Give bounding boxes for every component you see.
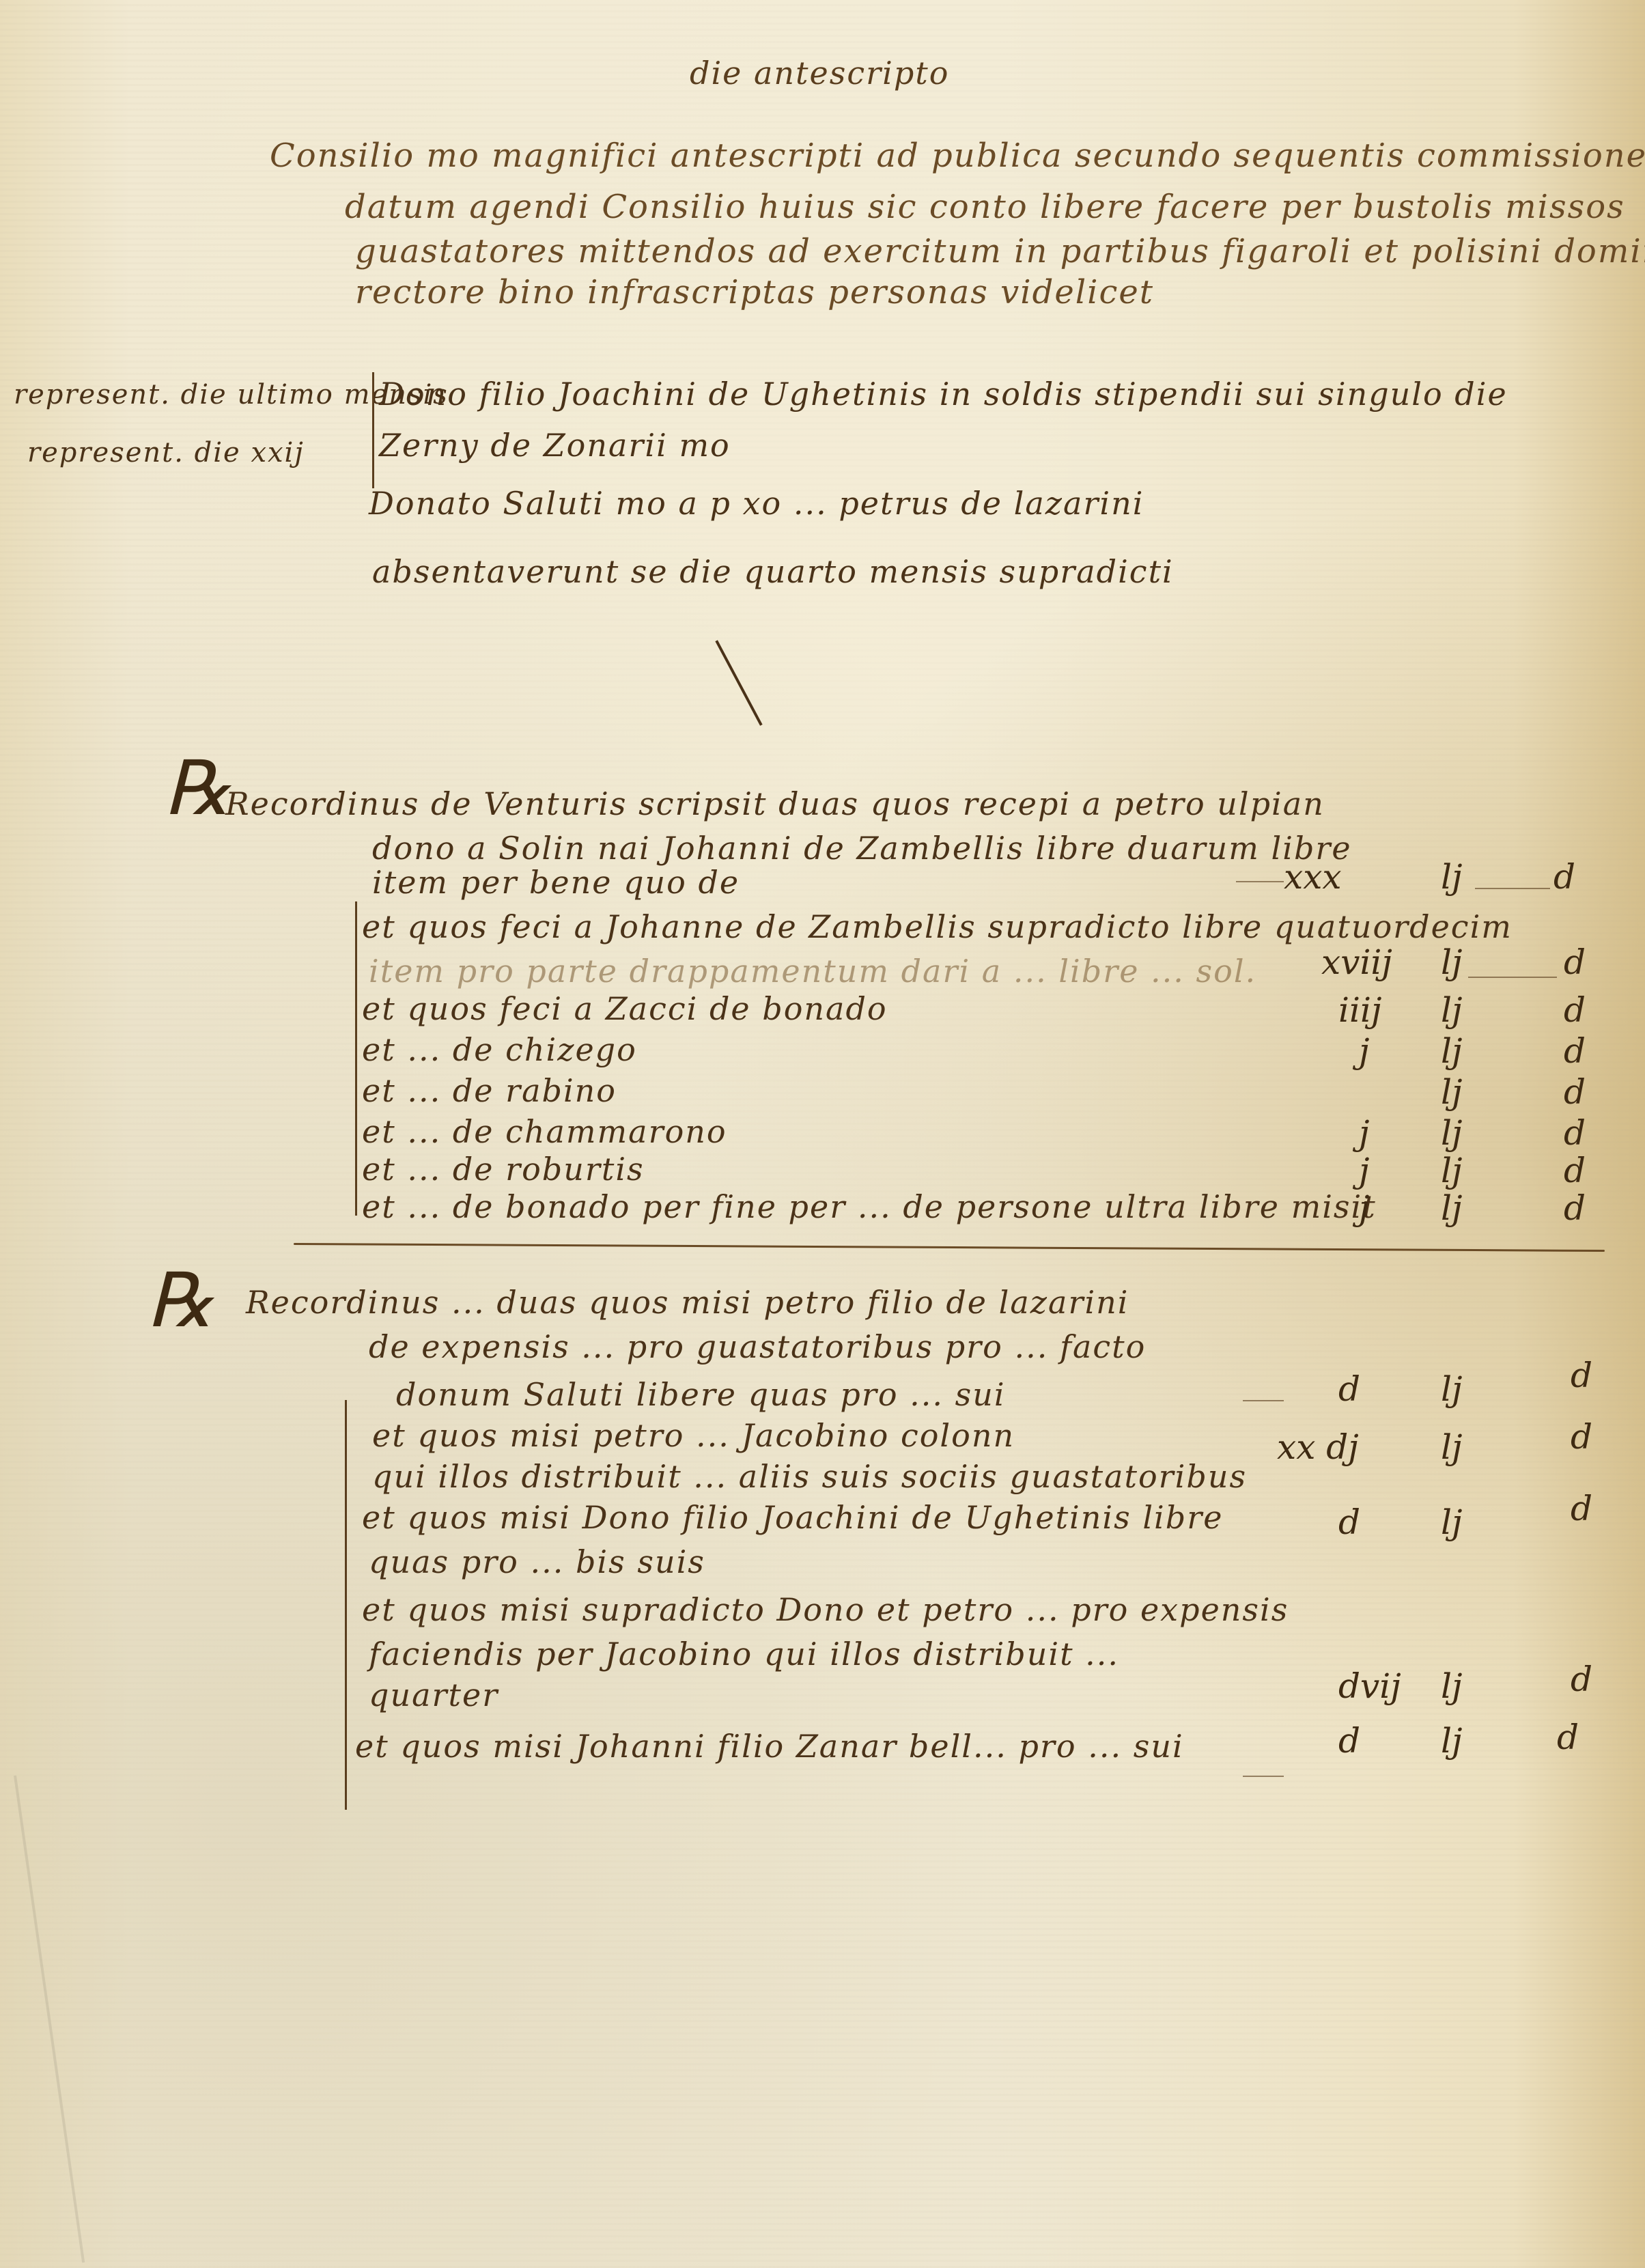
amount-soldi: lj xyxy=(1441,1072,1463,1112)
appointee-line: absentaverunt se die quarto mensis supra… xyxy=(372,553,1174,590)
paragraph-line: guastatores mittendos ad exercitum in pa… xyxy=(355,232,1645,270)
amount-denari: d xyxy=(1571,1660,1592,1699)
section2-line: et quos misi Dono filio Joachini de Ughe… xyxy=(362,1499,1223,1536)
amount-denari: d xyxy=(1564,990,1586,1030)
section2-line: et quos misi supradicto Dono et petro ..… xyxy=(362,1591,1289,1628)
section2-line: faciendis per Jacobino qui illos distrib… xyxy=(369,1636,1119,1672)
paragraph-line: datum agendi Consilio huius sic conto li… xyxy=(345,188,1625,226)
amount-denari: d xyxy=(1564,1188,1586,1228)
amount-denari: d xyxy=(1564,1072,1586,1112)
amount-denari: d xyxy=(1571,1417,1592,1457)
amount-soldi: lj xyxy=(1441,1113,1463,1153)
amount-denari: d xyxy=(1564,1031,1586,1071)
section1-line: et quos feci a Zacci de bonado xyxy=(362,990,888,1027)
amount-lire: j xyxy=(1359,1031,1370,1071)
leader-stroke xyxy=(1236,881,1284,882)
amount-soldi: lj xyxy=(1441,942,1463,982)
section2-line: quarter xyxy=(369,1677,498,1713)
section1-line: et quos feci a Johanne de Zambellis supr… xyxy=(362,908,1513,945)
amount-denari: d xyxy=(1571,1489,1592,1528)
section1-line: dono a Solin nai Johanni de Zambellis li… xyxy=(372,830,1352,867)
appointee-line: Donato Saluti mo a p xo ... petrus de la… xyxy=(369,485,1144,522)
leader-stroke xyxy=(1475,888,1550,889)
leader-stroke xyxy=(1243,1776,1284,1777)
amount-lire: iiij xyxy=(1338,990,1381,1030)
appointee-line: Dono filio Joachini de Ughetinis in sold… xyxy=(379,376,1508,412)
amount-lire: j xyxy=(1359,1113,1370,1153)
amount-soldi: lj xyxy=(1441,1666,1463,1706)
amount-lire: d xyxy=(1338,1369,1360,1409)
paper-background xyxy=(0,0,1645,2268)
amount-soldi: lj xyxy=(1441,1031,1463,1071)
margin-bracket xyxy=(372,372,374,488)
amount-soldi: lj xyxy=(1441,1151,1463,1190)
amount-denari: d xyxy=(1557,1718,1579,1757)
amount-lire: d xyxy=(1338,1502,1360,1542)
section1-line: et ... de rabino xyxy=(362,1072,617,1109)
section1-heading: Recordinus de Venturis scripsit duas quo… xyxy=(225,785,1325,822)
amount-denari: d xyxy=(1564,1113,1586,1153)
amount-denari: d xyxy=(1571,1356,1592,1395)
leader-stroke xyxy=(1243,1400,1284,1401)
amount-lire: j xyxy=(1359,1188,1370,1228)
section2-heading: Recordinus ... duas quos misi petro fili… xyxy=(246,1284,1129,1321)
section2-line: quas pro ... bis suis xyxy=(369,1543,705,1580)
amount-lire: xx dj xyxy=(1277,1427,1359,1467)
amount-soldi: lj xyxy=(1441,1502,1463,1542)
amount-lire: xviij xyxy=(1321,942,1392,982)
amount-denari: d xyxy=(1564,1151,1586,1190)
section1-line: et ... de chammarono xyxy=(362,1113,727,1150)
appointee-line: Zerny de Zonarii mo xyxy=(379,427,731,464)
amount-lire: d xyxy=(1338,1721,1360,1761)
section2-line: donum Saluti libere quas pro ... sui xyxy=(396,1376,1006,1413)
paragraph-mark-icon: ℞ xyxy=(164,744,231,832)
amount-soldi: lj xyxy=(1441,1427,1463,1467)
amount-soldi: lj xyxy=(1441,990,1463,1030)
amount-denari: d xyxy=(1553,857,1575,897)
section1-line-struck: item pro parte drappamentum dari a ... l… xyxy=(369,953,1256,990)
section2-line: de expensis ... pro guastatoribus pro ..… xyxy=(369,1328,1146,1365)
section1-line: et ... de chizego xyxy=(362,1031,637,1068)
amount-soldi: lj xyxy=(1441,857,1463,897)
margin-note: represent. die xxij xyxy=(27,437,305,468)
amount-soldi: lj xyxy=(1441,1721,1463,1761)
paragraph-mark-icon: ℞ xyxy=(147,1257,214,1344)
amount-denari: d xyxy=(1564,942,1586,982)
section1-line: item per bene quo de xyxy=(372,864,740,901)
amount-soldi: lj xyxy=(1441,1188,1463,1228)
leader-stroke xyxy=(1468,977,1557,978)
amount-lire: dvij xyxy=(1338,1666,1401,1706)
paragraph-line: rectore bino infrascriptas personas vide… xyxy=(355,273,1154,311)
section2-line: et quos misi Johanni filio Zanar bell...… xyxy=(355,1728,1184,1765)
section2-line: et quos misi petro ... Jacobino colonn xyxy=(372,1417,1015,1454)
amount-lire: j xyxy=(1359,1151,1370,1190)
section1-bracket xyxy=(355,901,357,1216)
section1-line: et ... de bonado per fine per ... de per… xyxy=(362,1188,1377,1225)
amount-soldi: lj xyxy=(1441,1369,1463,1409)
amount-lire: xxx xyxy=(1284,857,1342,897)
section2-line: qui illos distribuit ... aliis suis soci… xyxy=(372,1458,1247,1495)
section1-line: et ... de roburtis xyxy=(362,1151,645,1188)
page-heading: die antescripto xyxy=(690,55,949,92)
paragraph-line: Consilio mo magnifici antescripti ad pub… xyxy=(270,137,1645,175)
section2-bracket xyxy=(345,1400,347,1810)
